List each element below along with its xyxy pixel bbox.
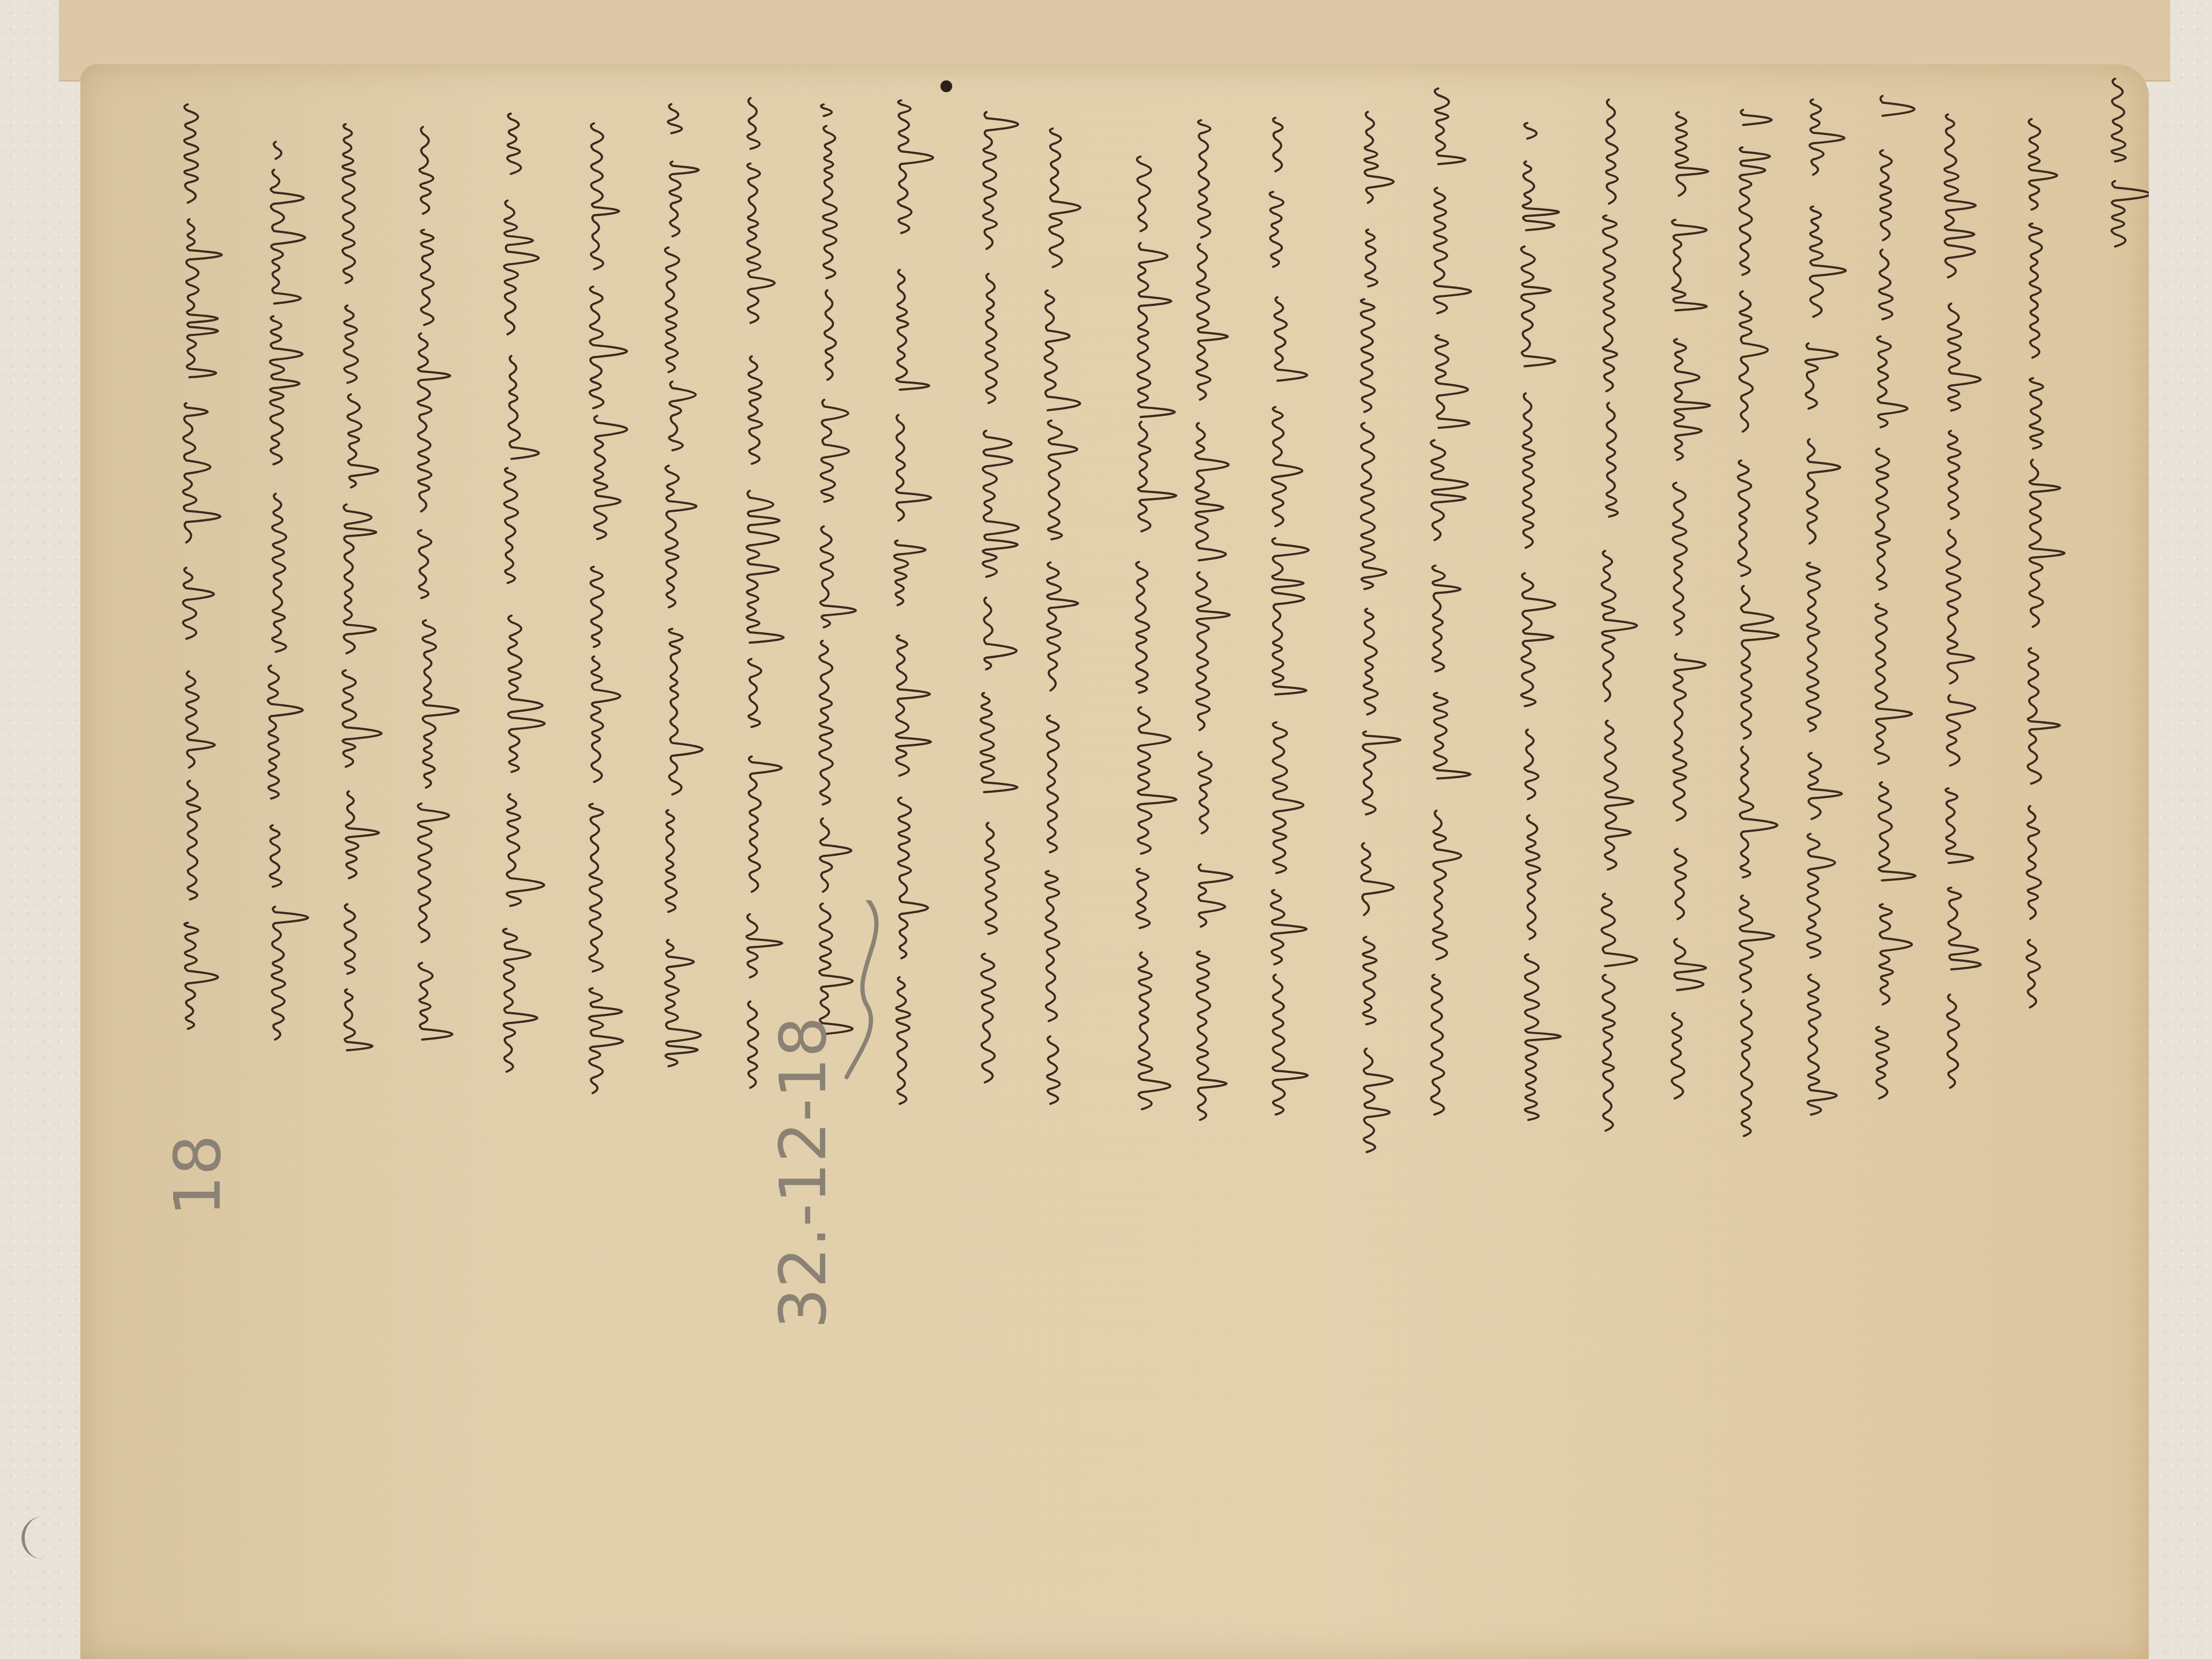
manuscript-line	[342, 124, 382, 1050]
manuscript-line	[417, 127, 459, 1040]
manuscript-line	[1044, 129, 1080, 1104]
manuscript-line	[1361, 112, 1400, 1152]
pencil-bracket-mark	[836, 900, 906, 1082]
manuscript-line	[2027, 119, 2065, 1007]
manuscript-line	[1431, 88, 1471, 1115]
manuscript-line	[2112, 79, 2149, 246]
manuscript-line	[1671, 112, 1710, 1098]
pencil-page-number: 18	[161, 1134, 235, 1216]
manuscript-line	[1945, 115, 1981, 1088]
manuscript-line	[1521, 123, 1561, 1120]
manuscript-line	[1135, 156, 1176, 1109]
manuscript-line	[1602, 100, 1637, 1131]
manuscript-line	[1195, 120, 1232, 1120]
manuscript-line	[589, 123, 627, 1093]
manuscript-line	[1738, 110, 1778, 1136]
manuscript-line	[183, 104, 222, 1029]
manuscript-page	[80, 64, 2149, 1659]
manuscript-line	[981, 112, 1019, 1082]
manuscript-line	[503, 114, 545, 1072]
manuscript-line	[1269, 118, 1309, 1115]
manuscript-line	[268, 142, 308, 1040]
binding-clip	[21, 1516, 46, 1559]
manuscript-line	[1875, 96, 1916, 1098]
pencil-date-annotation: 32.-12-18	[766, 1017, 841, 1329]
manuscript-line	[1805, 100, 1845, 1115]
manuscript-line	[819, 104, 856, 1034]
manuscript-line	[746, 98, 783, 1088]
manuscript-line	[665, 104, 703, 1066]
handwriting-strokes	[80, 64, 2149, 1659]
ink-blot	[940, 80, 952, 92]
